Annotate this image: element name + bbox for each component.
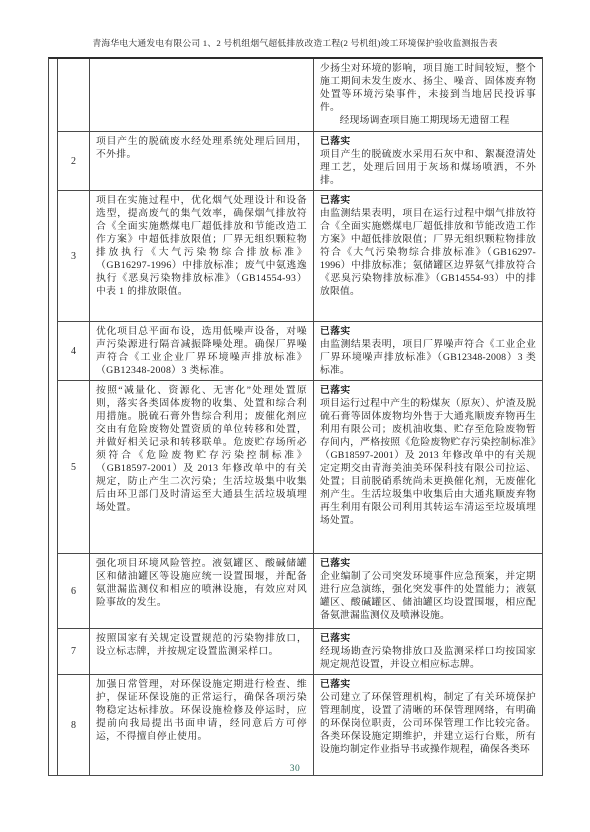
requirement-cell: 强化项目环境风险管控。液氨罐区、酸碱储罐区和储油罐区等设施应统一设置围堰，并配备… [90, 554, 314, 628]
status-label: 已落实 [320, 678, 536, 691]
implementation-cell: 已落实 企业编制了公司突发环境事件应急预案，并定期进行应急演练，强化突发事件的处… [314, 554, 542, 628]
row-number: 3 [58, 191, 90, 321]
row-number: 7 [58, 629, 90, 674]
table-row-5: 5 按照“减量化、资源化、无害化”处理处置原则，落实各类固体废物的收集、处置和综… [58, 381, 542, 554]
implementation-cell: 少扬尘对环境的影响，项目施工时间较短，整个施工期间未发生废水、扬尘、噪音、固体废… [314, 59, 542, 131]
implementation-cell: 已落实 公司建立了环保管理机构，制定了有关环境保护管理制度，设置了清晰的环保管理… [314, 675, 542, 775]
status-label: 已落实 [320, 135, 536, 148]
row-number: 4 [58, 322, 90, 380]
implementation-text: 企业编制了公司突发环境事件应急预案，并定期进行应急演练，强化突发事件的处置能力；… [320, 570, 536, 622]
implementation-text: 由监测结果表明，项目在运行过程中烟气排放符合《全面实施燃煤电厂超低排放和节能改造… [320, 207, 536, 298]
row-number: 5 [58, 381, 90, 553]
requirement-cell: 按照“减量化、资源化、无害化”处理处置原则，落实各类固体废物的收集、处置和综合利… [90, 381, 314, 553]
implementation-text: 少扬尘对环境的影响，项目施工时间较短，整个施工期间未发生废水、扬尘、噪音、固体废… [320, 62, 536, 114]
table-row-7: 7 按照国家有关规定设置规范的污染物排放口，设立标志牌，并按规定设置监测采样口。… [58, 629, 542, 675]
table-row-4: 4 优化项目总平面布设，选用低噪声设备，对噪声污染源进行隔音减振降噪处理。确保厂… [58, 322, 542, 381]
implementation-text: 项目产生的脱硫废水采用石灰中和、絮凝澄清处理工艺，处理后回用于灰场和煤场喷洒，不… [320, 148, 536, 187]
requirement-cell: 加强日常管理，对环保设施定期进行检查、维护，保证环保设施的正常运行，确保各项污染… [90, 675, 314, 775]
requirement-cell: 项目产生的脱硫废水经处理系统处理后回用，不外排。 [90, 132, 314, 190]
page-number: 30 [0, 764, 590, 774]
requirement-cell [90, 59, 314, 131]
table-row-continuation: 少扬尘对环境的影响，项目施工时间较短，整个施工期间未发生废水、扬尘、噪音、固体废… [58, 59, 542, 132]
implementation-text: 项目运行过程中产生的粉煤灰（原灰）、炉渣及脱硫石膏等固体废物均外售于大通兆顺废弃… [320, 397, 536, 527]
status-label: 已落实 [320, 325, 536, 338]
table-row-8: 8 加强日常管理，对环保设施定期进行检查、维护，保证环保设施的正常运行，确保各项… [58, 675, 542, 775]
status-label: 已落实 [320, 384, 536, 397]
implementation-cell: 已落实 由监测结果表明，项目在运行过程中烟气排放符合《全面实施燃煤电厂超低排放和… [314, 191, 542, 321]
row-number: 2 [58, 132, 90, 190]
implementation-text: 公司建立了环保管理机构，制定了有关环境保护管理制度，设置了清晰的环保管理网络，有… [320, 691, 536, 756]
row-number: 8 [58, 675, 90, 775]
requirement-cell: 优化项目总平面布设，选用低噪声设备，对噪声污染源进行隔音减振降噪处理。确保厂界噪… [90, 322, 314, 380]
compliance-table: 少扬尘对环境的影响，项目施工时间较短，整个施工期间未发生废水、扬尘、噪音、固体废… [48, 57, 543, 776]
row-number: 6 [58, 554, 90, 628]
table-left-strip [49, 59, 58, 775]
table-row-6: 6 强化项目环境风险管控。液氨罐区、酸碱储罐区和储油罐区等设施应统一设置围堰，并… [58, 554, 542, 629]
document-title: 青海华电大通发电有限公司 1、2 号机组烟气超低排放改造工程(2 号机组)竣工环… [30, 36, 560, 49]
status-label: 已落实 [320, 632, 536, 645]
implementation-cell: 已落实 经现场勘查污染物排放口及监测采样口均按国家规定规范设置，并设立相应标志牌… [314, 629, 542, 674]
implementation-cell: 已落实 由监测结果表明，项目厂界噪声符合《工业企业厂界环境噪声排放标准》（GB1… [314, 322, 542, 380]
requirement-cell: 项目在实施过程中，优化烟气处理设计和设备选型，提高废气的集气效率，确保烟气排放符… [90, 191, 314, 321]
status-label: 已落实 [320, 557, 536, 570]
implementation-text: 由监测结果表明，项目厂界噪声符合《工业企业厂界环境噪声排放标准》（GB12348… [320, 338, 536, 377]
table-row-2: 2 项目产生的脱硫废水经处理系统处理后回用，不外排。 已落实 项目产生的脱硫废水… [58, 132, 542, 191]
row-number [58, 59, 90, 131]
implementation-text: 经现场勘查污染物排放口及监测采样口均按国家规定规范设置，并设立相应标志牌。 [320, 645, 536, 671]
table-body: 少扬尘对环境的影响，项目施工时间较短，整个施工期间未发生废水、扬尘、噪音、固体废… [58, 59, 542, 775]
implementation-cell: 已落实 项目产生的脱硫废水采用石灰中和、絮凝澄清处理工艺，处理后回用于灰场和煤场… [314, 132, 542, 190]
document-page: 青海华电大通发电有限公司 1、2 号机组烟气超低排放改造工程(2 号机组)竣工环… [0, 0, 590, 832]
table-row-3: 3 项目在实施过程中，优化烟气处理设计和设备选型，提高废气的集气效率，确保烟气排… [58, 191, 542, 322]
implementation-text-note: 经现场调查项目施工期现场无遗留工程 [320, 114, 536, 127]
requirement-cell: 按照国家有关规定设置规范的污染物排放口，设立标志牌，并按规定设置监测采样口。 [90, 629, 314, 674]
implementation-cell: 已落实 项目运行过程中产生的粉煤灰（原灰）、炉渣及脱硫石膏等固体废物均外售于大通… [314, 381, 542, 553]
status-label: 已落实 [320, 194, 536, 207]
